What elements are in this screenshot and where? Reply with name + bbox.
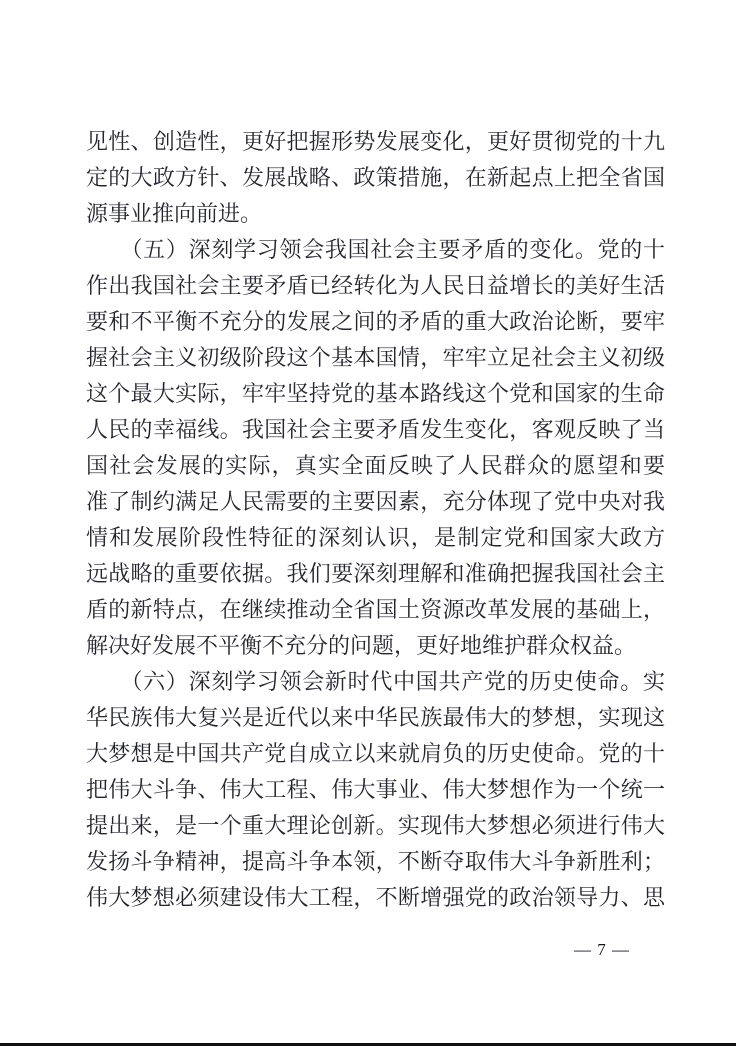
text-line: 准了制约满足人民需要的主要因素，充分体现了党中央对我国国 <box>86 484 665 520</box>
text-line: 定的大政方针、发展战略、政策措施，在新起点上把全省国土资 <box>86 160 665 196</box>
text-line: 远战略的重要依据。我们要深刻理解和准确把握我国社会主要矛 <box>86 556 665 592</box>
text-line: 见性、创造性，更好把握形势发展变化，更好贯彻党的十九大确 <box>86 124 665 160</box>
text-line: 源事业推向前进。 <box>86 196 665 232</box>
page-number: — 7 — <box>560 940 644 960</box>
text-line: 作出我国社会主要矛盾已经转化为人民日益增长的美好生活需 <box>86 268 665 304</box>
text-line: 人民的幸福线。我国社会主要矛盾发生变化，客观反映了当前我 <box>86 412 665 448</box>
paragraph-continuation: 见性、创造性，更好把握形势发展变化，更好贯彻党的十九大确定的大政方针、发展战略、… <box>86 124 665 232</box>
scan-bottom-edge-line <box>0 1043 736 1046</box>
text-line: 伟大梦想必须建设伟大工程，不断增强党的政治领导力、思想引 <box>86 880 665 916</box>
text-line: 要和不平衡不充分的发展之间的矛盾的重大政治论断，要牢牢把 <box>86 304 665 340</box>
text-line: 提出来，是一个重大理论创新。实现伟大梦想必须进行伟大斗争， <box>86 808 665 844</box>
document-text: 见性、创造性，更好把握形势发展变化，更好贯彻党的十九大确定的大政方针、发展战略、… <box>86 124 665 916</box>
text-line: （六）深刻学习领会新时代中国共产党的历史使命。实现中 <box>86 664 665 700</box>
text-line: 发扬斗争精神，提高斗争本领，不断夺取伟大斗争新胜利；实现 <box>86 844 665 880</box>
paragraph-section-5: （五）深刻学习领会我国社会主要矛盾的变化。党的十九大作出我国社会主要矛盾已经转化… <box>86 232 665 664</box>
document-page: 见性、创造性，更好把握形势发展变化，更好贯彻党的十九大确定的大政方针、发展战略、… <box>0 0 736 1050</box>
paragraph-section-6: （六）深刻学习领会新时代中国共产党的历史使命。实现中华民族伟大复兴是近代以来中华… <box>86 664 665 916</box>
text-line: 把伟大斗争、伟大工程、伟大事业、伟大梦想作为一个统一整体 <box>86 772 665 808</box>
text-line: 大梦想是中国共产党自成立以来就肩负的历史使命。党的十九大 <box>86 736 665 772</box>
text-line: 情和发展阶段性特征的深刻认识，是制定党和国家大政方针、长 <box>86 520 665 556</box>
text-line: 这个最大实际，牢牢坚持党的基本路线这个党和国家的生命线、 <box>86 376 665 412</box>
text-line: 解决好发展不平衡不充分的问题，更好地维护群众权益。 <box>86 628 665 664</box>
text-line: 国社会发展的实际，真实全面反映了人民群众的愿望和要求，找 <box>86 448 665 484</box>
text-line: 握社会主义初级阶段这个基本国情，牢牢立足社会主义初级阶段 <box>86 340 665 376</box>
text-line: 盾的新特点，在继续推动全省国土资源改革发展的基础上，着力 <box>86 592 665 628</box>
text-line: 华民族伟大复兴是近代以来中华民族最伟大的梦想，实现这个伟 <box>86 700 665 736</box>
text-line: （五）深刻学习领会我国社会主要矛盾的变化。党的十九大 <box>86 232 665 268</box>
